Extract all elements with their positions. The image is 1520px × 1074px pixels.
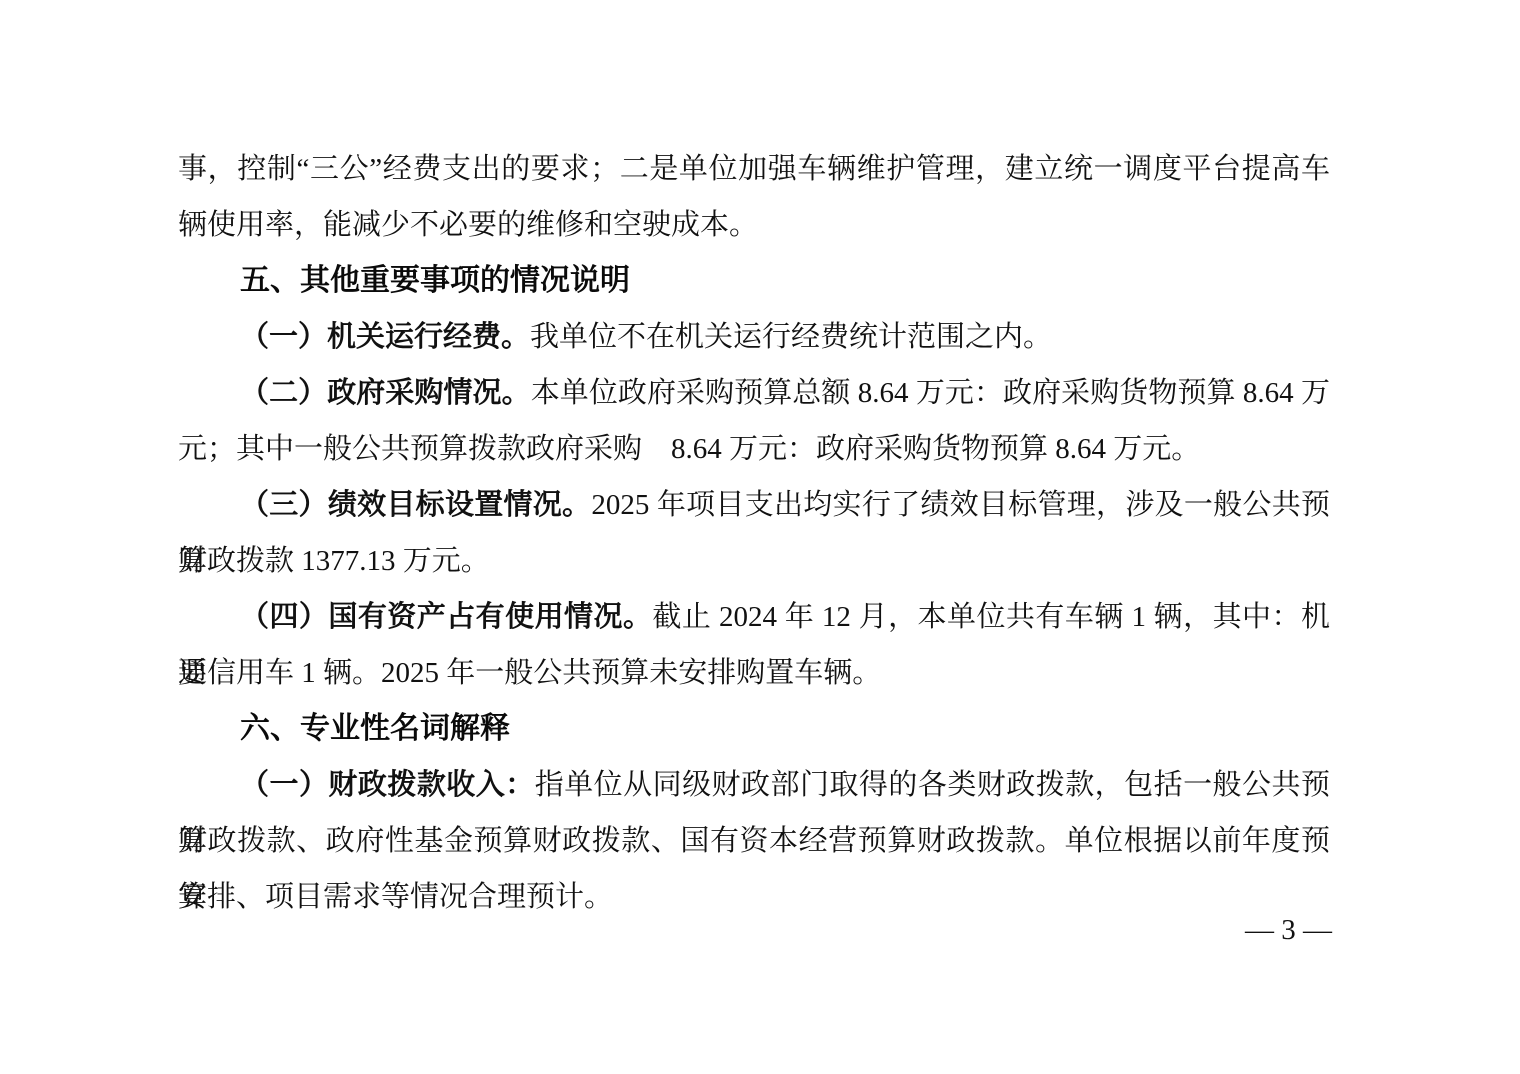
text-line: （三）绩效目标设置情况。2025 年项目支出均实行了绩效目标管理，涉及一般公共预… [178, 477, 1330, 533]
text-line: 通信用车 1 辆。2025 年一般公共预算未安排购置车辆。 [178, 645, 1330, 701]
text-line: 事，控制“三公”经费支出的要求；二是单位加强车辆维护管理，建立统一调度平台提高车 [178, 141, 1330, 197]
document-body: 事，控制“三公”经费支出的要求；二是单位加强车辆维护管理，建立统一调度平台提高车… [178, 141, 1330, 925]
item-2-text: 本单位政府采购预算总额 8.64 万元：政府采购货物预算 8.64 万 [531, 377, 1330, 409]
text-line: （一）机关运行经费。我单位不在机关运行经费统计范围之内。 [178, 309, 1330, 365]
item-3-label: （三）绩效目标设置情况。 [240, 489, 591, 521]
section-heading-6: 六、专业性名词解释 [178, 701, 1330, 757]
item-1-label: （一）机关运行经费。 [240, 321, 530, 353]
text-line: 财政拨款、政府性基金预算财政拨款、国有资本经营预算财政拨款。单位根据以前年度预算 [178, 813, 1330, 869]
item-4-label: （四）国有资产占有使用情况。 [240, 601, 652, 633]
item-1-text: 我单位不在机关运行经费统计范围之内。 [530, 321, 1052, 353]
term-1-label: （一）财政拨款收入： [240, 769, 535, 801]
page-number: — 3 — [1245, 908, 1332, 952]
item-2-label: （二）政府采购情况。 [240, 377, 531, 409]
text-line: （一）财政拨款收入：指单位从同级财政部门取得的各类财政拨款，包括一般公共预算 [178, 757, 1330, 813]
text-line: 财政拨款 1377.13 万元。 [178, 533, 1330, 589]
text-line: （二）政府采购情况。本单位政府采购预算总额 8.64 万元：政府采购货物预算 8… [178, 365, 1330, 421]
text-line: （四）国有资产占有使用情况。截止 2024 年 12 月，本单位共有车辆 1 辆… [178, 589, 1330, 645]
text-line: 安排、项目需求等情况合理预计。 [178, 869, 1330, 925]
text-line: 辆使用率，能减少不必要的维修和空驶成本。 [178, 197, 1330, 253]
section-heading-5: 五、其他重要事项的情况说明 [178, 253, 1330, 309]
document-page: 事，控制“三公”经费支出的要求；二是单位加强车辆维护管理，建立统一调度平台提高车… [0, 0, 1520, 1074]
text-line: 元；其中一般公共预算拨款政府采购 8.64 万元：政府采购货物预算 8.64 万… [178, 421, 1330, 477]
